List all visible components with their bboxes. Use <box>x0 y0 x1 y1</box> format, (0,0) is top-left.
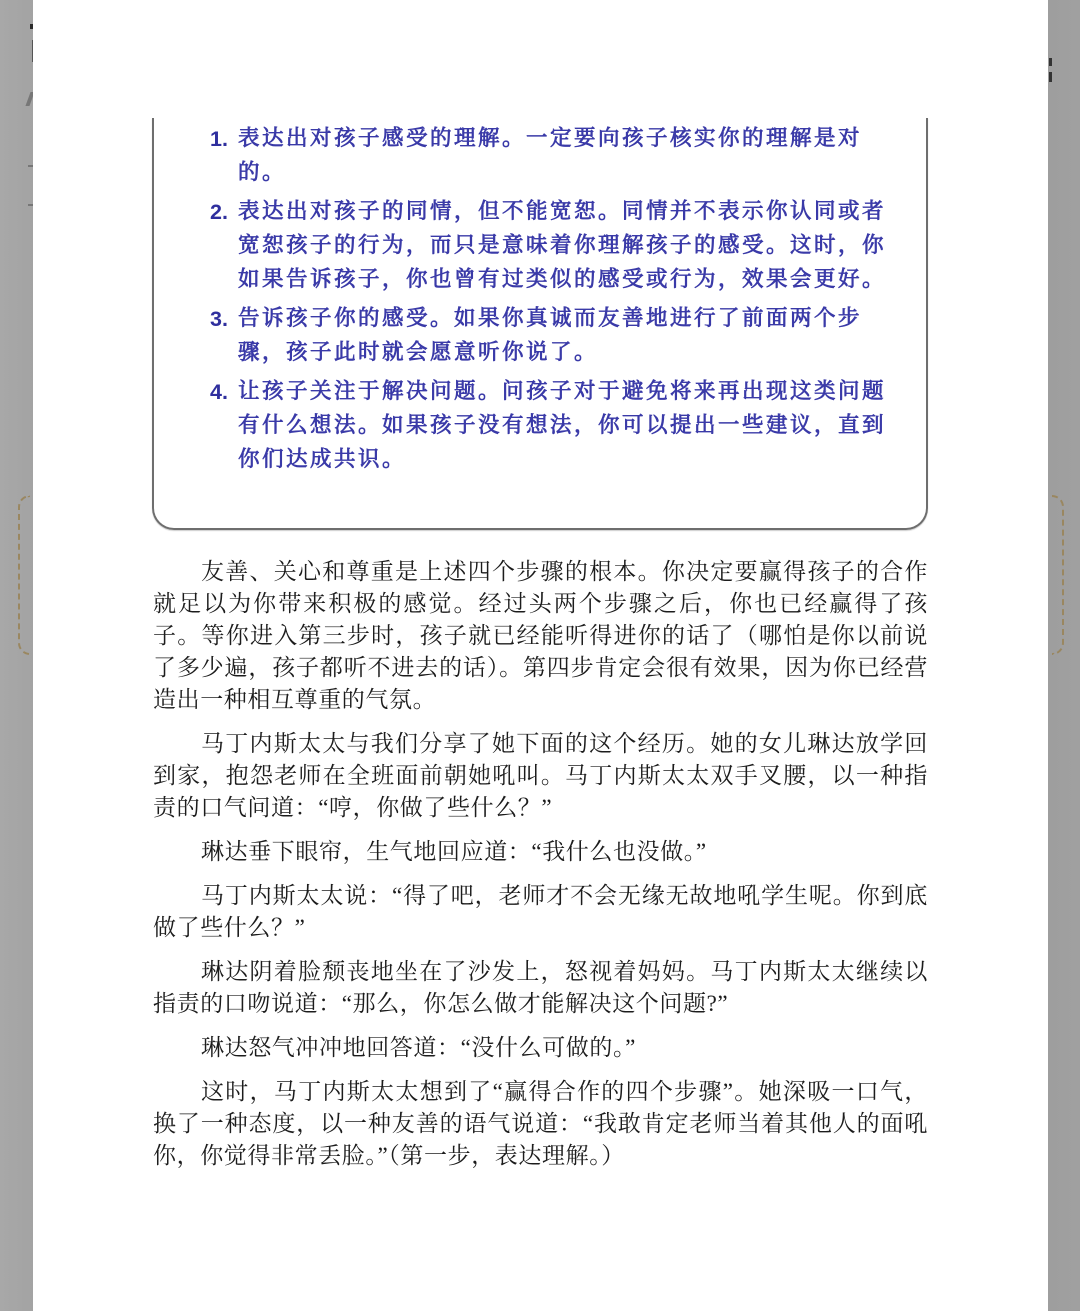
step-item-4: 4. 让孩子关注于解决问题。问孩子对于避免将来再出现这类问题有什么想法。如果孩子… <box>210 375 900 477</box>
page-turn-left-handle[interactable] <box>18 495 30 655</box>
step-item-1: 1. 表达出对孩子感受的理解。一定要向孩子核实你的理解是对的。 <box>210 122 900 190</box>
paragraph: 琳达怒气冲冲地回答道：“没什么可做的。” <box>153 1032 928 1064</box>
step-number: 2. <box>210 195 228 229</box>
paragraph: 琳达垂下眼帘，生气地回应道：“我什么也没做。” <box>153 836 928 868</box>
step-number: 3. <box>210 302 228 336</box>
step-item-2: 2. 表达出对孩子的同情，但不能宽恕。同情并不表示你认同或者宽恕孩子的行为，而只… <box>210 195 900 297</box>
paragraph: 这时，马丁内斯太太想到了“赢得合作的四个步骤”。她深吸一口气，换了一种态度，以一… <box>153 1076 928 1172</box>
step-number: 1. <box>210 122 228 156</box>
page-turn-right-handle[interactable] <box>1052 495 1064 655</box>
step-text: 表达出对孩子的同情，但不能宽恕。同情并不表示你认同或者宽恕孩子的行为，而只是意味… <box>238 199 886 292</box>
paragraph: 琳达阴着脸颓丧地坐在了沙发上，怒视着妈妈。马丁内斯太太继续以指责的口吻说道：“那… <box>153 956 928 1020</box>
four-steps-tip-box: 1. 表达出对孩子感受的理解。一定要向孩子核实你的理解是对的。 2. 表达出对孩… <box>152 118 928 530</box>
step-text: 告诉孩子你的感受。如果你真诚而友善地进行了前面两个步骤，孩子此时就会愿意听你说了… <box>238 306 862 365</box>
step-text: 表达出对孩子感受的理解。一定要向孩子核实你的理解是对的。 <box>238 126 862 185</box>
step-number: 4. <box>210 375 228 409</box>
document-viewer: 1. 表达出对孩子感受的理解。一定要向孩子核实你的理解是对的。 2. 表达出对孩… <box>0 0 1080 1311</box>
step-item-3: 3. 告诉孩子你的感受。如果你真诚而友善地进行了前面两个步骤，孩子此时就会愿意听… <box>210 302 900 370</box>
step-text: 让孩子关注于解决问题。问孩子对于避免将来再出现这类问题有什么想法。如果孩子没有想… <box>238 379 886 472</box>
paragraph: 马丁内斯太太说：“得了吧，老师才不会无缘无故地吼学生呢。你到底做了些什么？” <box>153 880 928 944</box>
background-ui-fragment <box>1049 58 1052 66</box>
four-steps-list: 1. 表达出对孩子感受的理解。一定要向孩子核实你的理解是对的。 2. 表达出对孩… <box>210 122 900 482</box>
background-ui-fragment <box>1049 72 1052 82</box>
body-text: 友善、关心和尊重是上述四个步骤的根本。你决定要赢得孩子的合作就足以为你带来积极的… <box>153 556 928 1184</box>
paragraph: 友善、关心和尊重是上述四个步骤的根本。你决定要赢得孩子的合作就足以为你带来积极的… <box>153 556 928 716</box>
paragraph: 马丁内斯太太与我们分享了她下面的这个经历。她的女儿琳达放学回到家，抱怨老师在全班… <box>153 728 928 824</box>
